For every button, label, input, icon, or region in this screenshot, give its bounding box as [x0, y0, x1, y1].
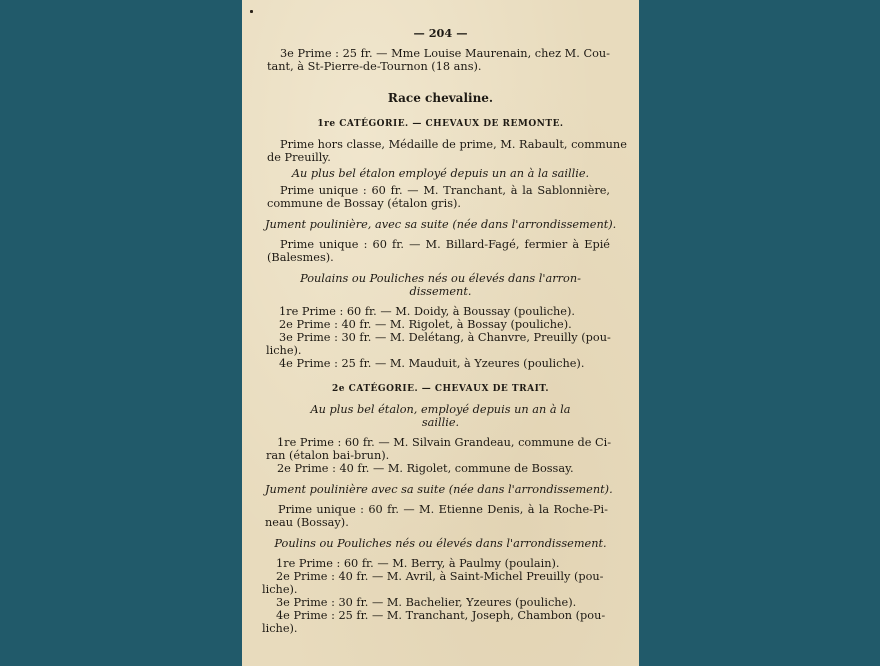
section-title: Race chevaline. [242, 92, 639, 105]
cat1-etalon-line: Prime unique : 60 fr. — M. Tranchant, à … [280, 184, 610, 197]
cat1-jument-heading: Jument poulinière, avec sa suite (née da… [265, 218, 610, 231]
intro-line: tant, à St-Pierre-de-Tournon (18 ans). [267, 60, 482, 73]
cat2-poulains-line: 4e Prime : 25 fr. — M. Tranchant, Joseph… [276, 609, 602, 622]
cat2-poulains-line: 3e Prime : 30 fr. — M. Bachelier, Yzeure… [276, 596, 576, 609]
intro-line: 3e Prime : 25 fr. — Mme Louise Maurenain… [280, 47, 610, 60]
cat2-etalon-line: 1re Prime : 60 fr. — M. Silvain Grandeau… [277, 436, 610, 449]
cat2-poulains-heading: Poulins ou Pouliches nés ou élevés dans … [242, 537, 639, 550]
cat2-etalon-line: 2e Prime : 40 fr. — M. Rigolet, commune … [277, 462, 574, 475]
cat1-etalon-heading: Au plus bel étalon employé depuis un an … [242, 167, 639, 180]
cat1-poulains-heading: Poulains ou Pouliches nés ou élevés dans… [242, 272, 639, 285]
category-2-heading: 2e CATÉGORIE. — CHEVAUX DE TRAIT. [242, 383, 639, 396]
cat2-etalon-line: ran (étalon bai-brun). [266, 449, 389, 462]
hors-classe-line: Prime hors classe, Médaille de prime, M.… [280, 138, 610, 151]
cat1-poulains-line: 3e Prime : 30 fr. — M. Delétang, à Chanv… [279, 331, 610, 344]
cat1-poulains-heading: dissement. [242, 285, 639, 298]
cat2-poulains-line: 1re Prime : 60 fr. — M. Berry, à Paulmy … [276, 557, 560, 570]
hors-classe-line: de Preuilly. [267, 151, 331, 164]
page-number: — 204 — [242, 27, 639, 40]
cat1-poulains-line: 4e Prime : 25 fr. — M. Mauduit, à Yzeure… [279, 357, 584, 370]
cat2-poulains-line: liche). [262, 583, 298, 596]
cat1-etalon-line: commune de Bossay (étalon gris). [267, 197, 461, 210]
cat2-poulains-line: liche). [262, 622, 298, 635]
cat1-poulains-line: 2e Prime : 40 fr. — M. Rigolet, à Bossay… [279, 318, 572, 331]
cat2-jument-line: neau (Bossay). [265, 516, 349, 529]
cat1-jument-line: (Balesmes). [267, 251, 334, 264]
cat2-poulains-line: 2e Prime : 40 fr. — M. Avril, à Saint-Mi… [276, 570, 602, 583]
scanned-page: — 204 — 3e Prime : 25 fr. — Mme Louise M… [242, 0, 639, 666]
cat2-jument-line: Prime unique : 60 fr. — M. Etienne Denis… [278, 503, 608, 516]
cat2-etalon-heading: Au plus bel étalon, employé depuis un an… [242, 403, 639, 416]
cat2-jument-heading: Jument poulinière avec sa suite (née dan… [265, 483, 610, 496]
cat1-jument-line: Prime unique : 60 fr. — M. Billard-Fagé,… [280, 238, 610, 251]
category-1-heading: 1re CATÉGORIE. — CHEVAUX DE REMONTE. [242, 118, 639, 131]
cat1-poulains-line: 1re Prime : 60 fr. — M. Doidy, à Boussay… [279, 305, 575, 318]
ink-speck [250, 10, 253, 13]
cat2-etalon-heading: saillie. [242, 416, 639, 429]
cat1-poulains-line: liche). [266, 344, 302, 357]
